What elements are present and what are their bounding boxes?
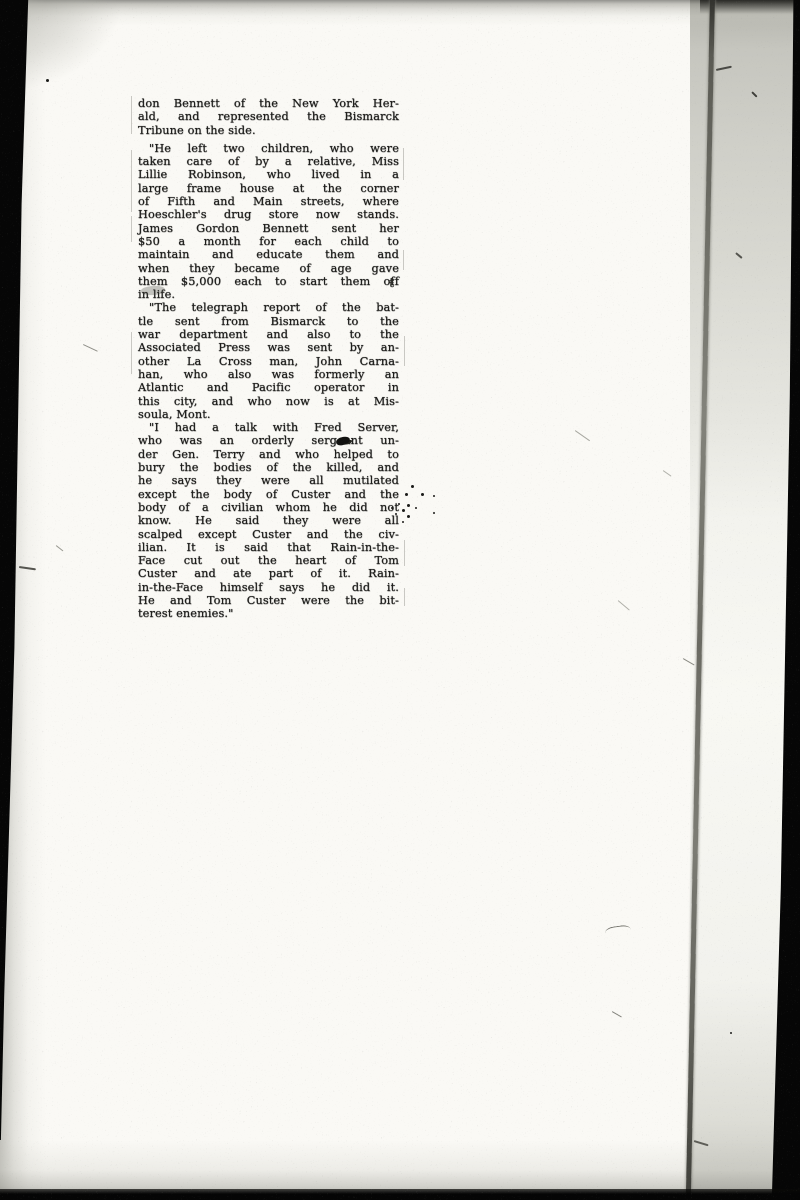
- ink-speck: [730, 1032, 732, 1034]
- article-line: don Bennett of the New York Her-: [138, 97, 399, 110]
- scratch-mark: [736, 252, 743, 258]
- article-line: when they became of age gave: [138, 262, 399, 275]
- article-paragraph: "He left two children, who weretaken car…: [138, 142, 399, 302]
- column-rule-dash: [404, 540, 405, 566]
- article-line: Tribune on the side.: [138, 124, 399, 137]
- article-line: this city, and who now is at Mis-: [138, 395, 399, 408]
- ink-speck: [407, 515, 410, 518]
- newspaper-article-column: don Bennett of the New York Her-ald, and…: [138, 97, 399, 621]
- ink-speck: [433, 495, 435, 497]
- article-line: Atlantic and Pacific operator in: [138, 381, 399, 394]
- scratch-mark: [751, 91, 757, 97]
- ink-speck: [405, 493, 408, 496]
- scratch-mark: [575, 430, 590, 441]
- article-line: war department and also to the: [138, 328, 399, 341]
- article-line: in life.: [138, 288, 399, 301]
- article-paragraph: "I had a talk with Fred Server,who was a…: [138, 421, 399, 620]
- column-rule-dash: [131, 216, 132, 242]
- article-line: know. He said they were all: [138, 514, 399, 527]
- book-spine-fold-line: [686, 0, 715, 1200]
- column-rule-dash: [131, 96, 132, 134]
- article-line: scalped except Custer and the civ-: [138, 528, 399, 541]
- ink-speck: [411, 485, 414, 488]
- article-line: soula, Mont.: [138, 408, 399, 421]
- scratch-mark: [83, 344, 98, 352]
- column-rule-dash: [131, 332, 132, 374]
- scan-edge-bottom: [0, 1140, 800, 1200]
- scan-edge-top: [0, 0, 800, 26]
- article-line: he says they were all mutilated: [138, 474, 399, 487]
- scratch-mark: [683, 658, 695, 666]
- scratch-mark: [56, 545, 64, 551]
- column-rule-dash: [404, 336, 405, 366]
- scanner-backing-bottom: [0, 1189, 800, 1200]
- scanner-backing-right: [770, 0, 800, 1200]
- article-line: terest enemies.": [138, 607, 399, 620]
- stray-type-mark: ŧ: [388, 276, 394, 291]
- article-line: except the body of Custer and the: [138, 488, 399, 501]
- adjacent-page-edge: [690, 0, 800, 1200]
- scratch-mark: [618, 600, 630, 610]
- scratch-mark: [663, 470, 672, 477]
- ink-speck: [421, 493, 424, 496]
- article-line: body of a civilian whom he did not: [138, 501, 399, 514]
- article-line: Custer and ate part of it. Rain-: [138, 567, 399, 580]
- article-line: "He left two children, who were: [138, 142, 399, 155]
- ink-speck: [402, 521, 404, 523]
- article-line: in-the-Face himself says he did it.: [138, 581, 399, 594]
- ink-speck: [391, 507, 393, 509]
- ink-speck: [395, 513, 397, 515]
- scan-edge-corner: [0, 0, 120, 90]
- article-line: taken care of by a relative, Miss: [138, 155, 399, 168]
- article-line: $50 a month for each child to: [138, 235, 399, 248]
- article-line: them $5,000 each to start them off: [138, 275, 399, 288]
- scratch-mark: [716, 66, 732, 71]
- column-rule-dash: [404, 588, 405, 606]
- scratch-mark: [612, 1011, 622, 1018]
- scanned-paper: [0, 0, 800, 1200]
- article-line: han, who also was formerly an: [138, 368, 399, 381]
- article-line: ilian. It is said that Rain-in-the-: [138, 541, 399, 554]
- scan-noise-texture: [0, 0, 800, 1200]
- article-line: large frame house at the corner: [138, 182, 399, 195]
- ink-speck: [402, 509, 405, 512]
- scan-edge-left: [0, 0, 46, 1200]
- article-line: tle sent from Bismarck to the: [138, 315, 399, 328]
- scan-edge-top-right: [700, 0, 800, 14]
- article-line: ald, and represented the Bismarck: [138, 110, 399, 123]
- article-line: Associated Press was sent by an-: [138, 341, 399, 354]
- article-line: who was an orderly sergeant un-: [138, 434, 399, 447]
- ink-speck: [433, 512, 435, 514]
- article-line: maintain and educate them and: [138, 248, 399, 261]
- article-line: "The telegraph report of the bat-: [138, 301, 399, 314]
- article-line: Lillie Robinson, who lived in a: [138, 168, 399, 181]
- article-paragraph: "The telegraph report of the bat-tle sen…: [138, 301, 399, 421]
- column-rule-dash: [131, 150, 132, 212]
- scanner-backing-left: [0, 0, 30, 1200]
- column-rule-dash: [403, 148, 404, 180]
- article-line: other La Cross man, John Carna-: [138, 355, 399, 368]
- article-line: James Gordon Bennett sent her: [138, 222, 399, 235]
- article-paragraph: don Bennett of the New York Her-ald, and…: [138, 97, 399, 137]
- article-line: He and Tom Custer were the bit-: [138, 594, 399, 607]
- article-line: Face cut out the heart of Tom: [138, 554, 399, 567]
- article-line: Hoeschler's drug store now stands.: [138, 208, 399, 221]
- ink-speck: [407, 504, 410, 507]
- ink-speck: [398, 503, 400, 505]
- ink-speck: [415, 507, 417, 509]
- column-rule-dash: [403, 250, 404, 270]
- article-line: der Gen. Terry and who helped to: [138, 448, 399, 461]
- scratch-mark: [19, 566, 36, 570]
- scratch-curve: [604, 924, 631, 939]
- article-line: of Fifth and Main streets, where: [138, 195, 399, 208]
- article-line: "I had a talk with Fred Server,: [138, 421, 399, 434]
- article-line: bury the bodies of the killed, and: [138, 461, 399, 474]
- ink-speck: [46, 79, 49, 82]
- scratch-mark: [694, 1140, 709, 1146]
